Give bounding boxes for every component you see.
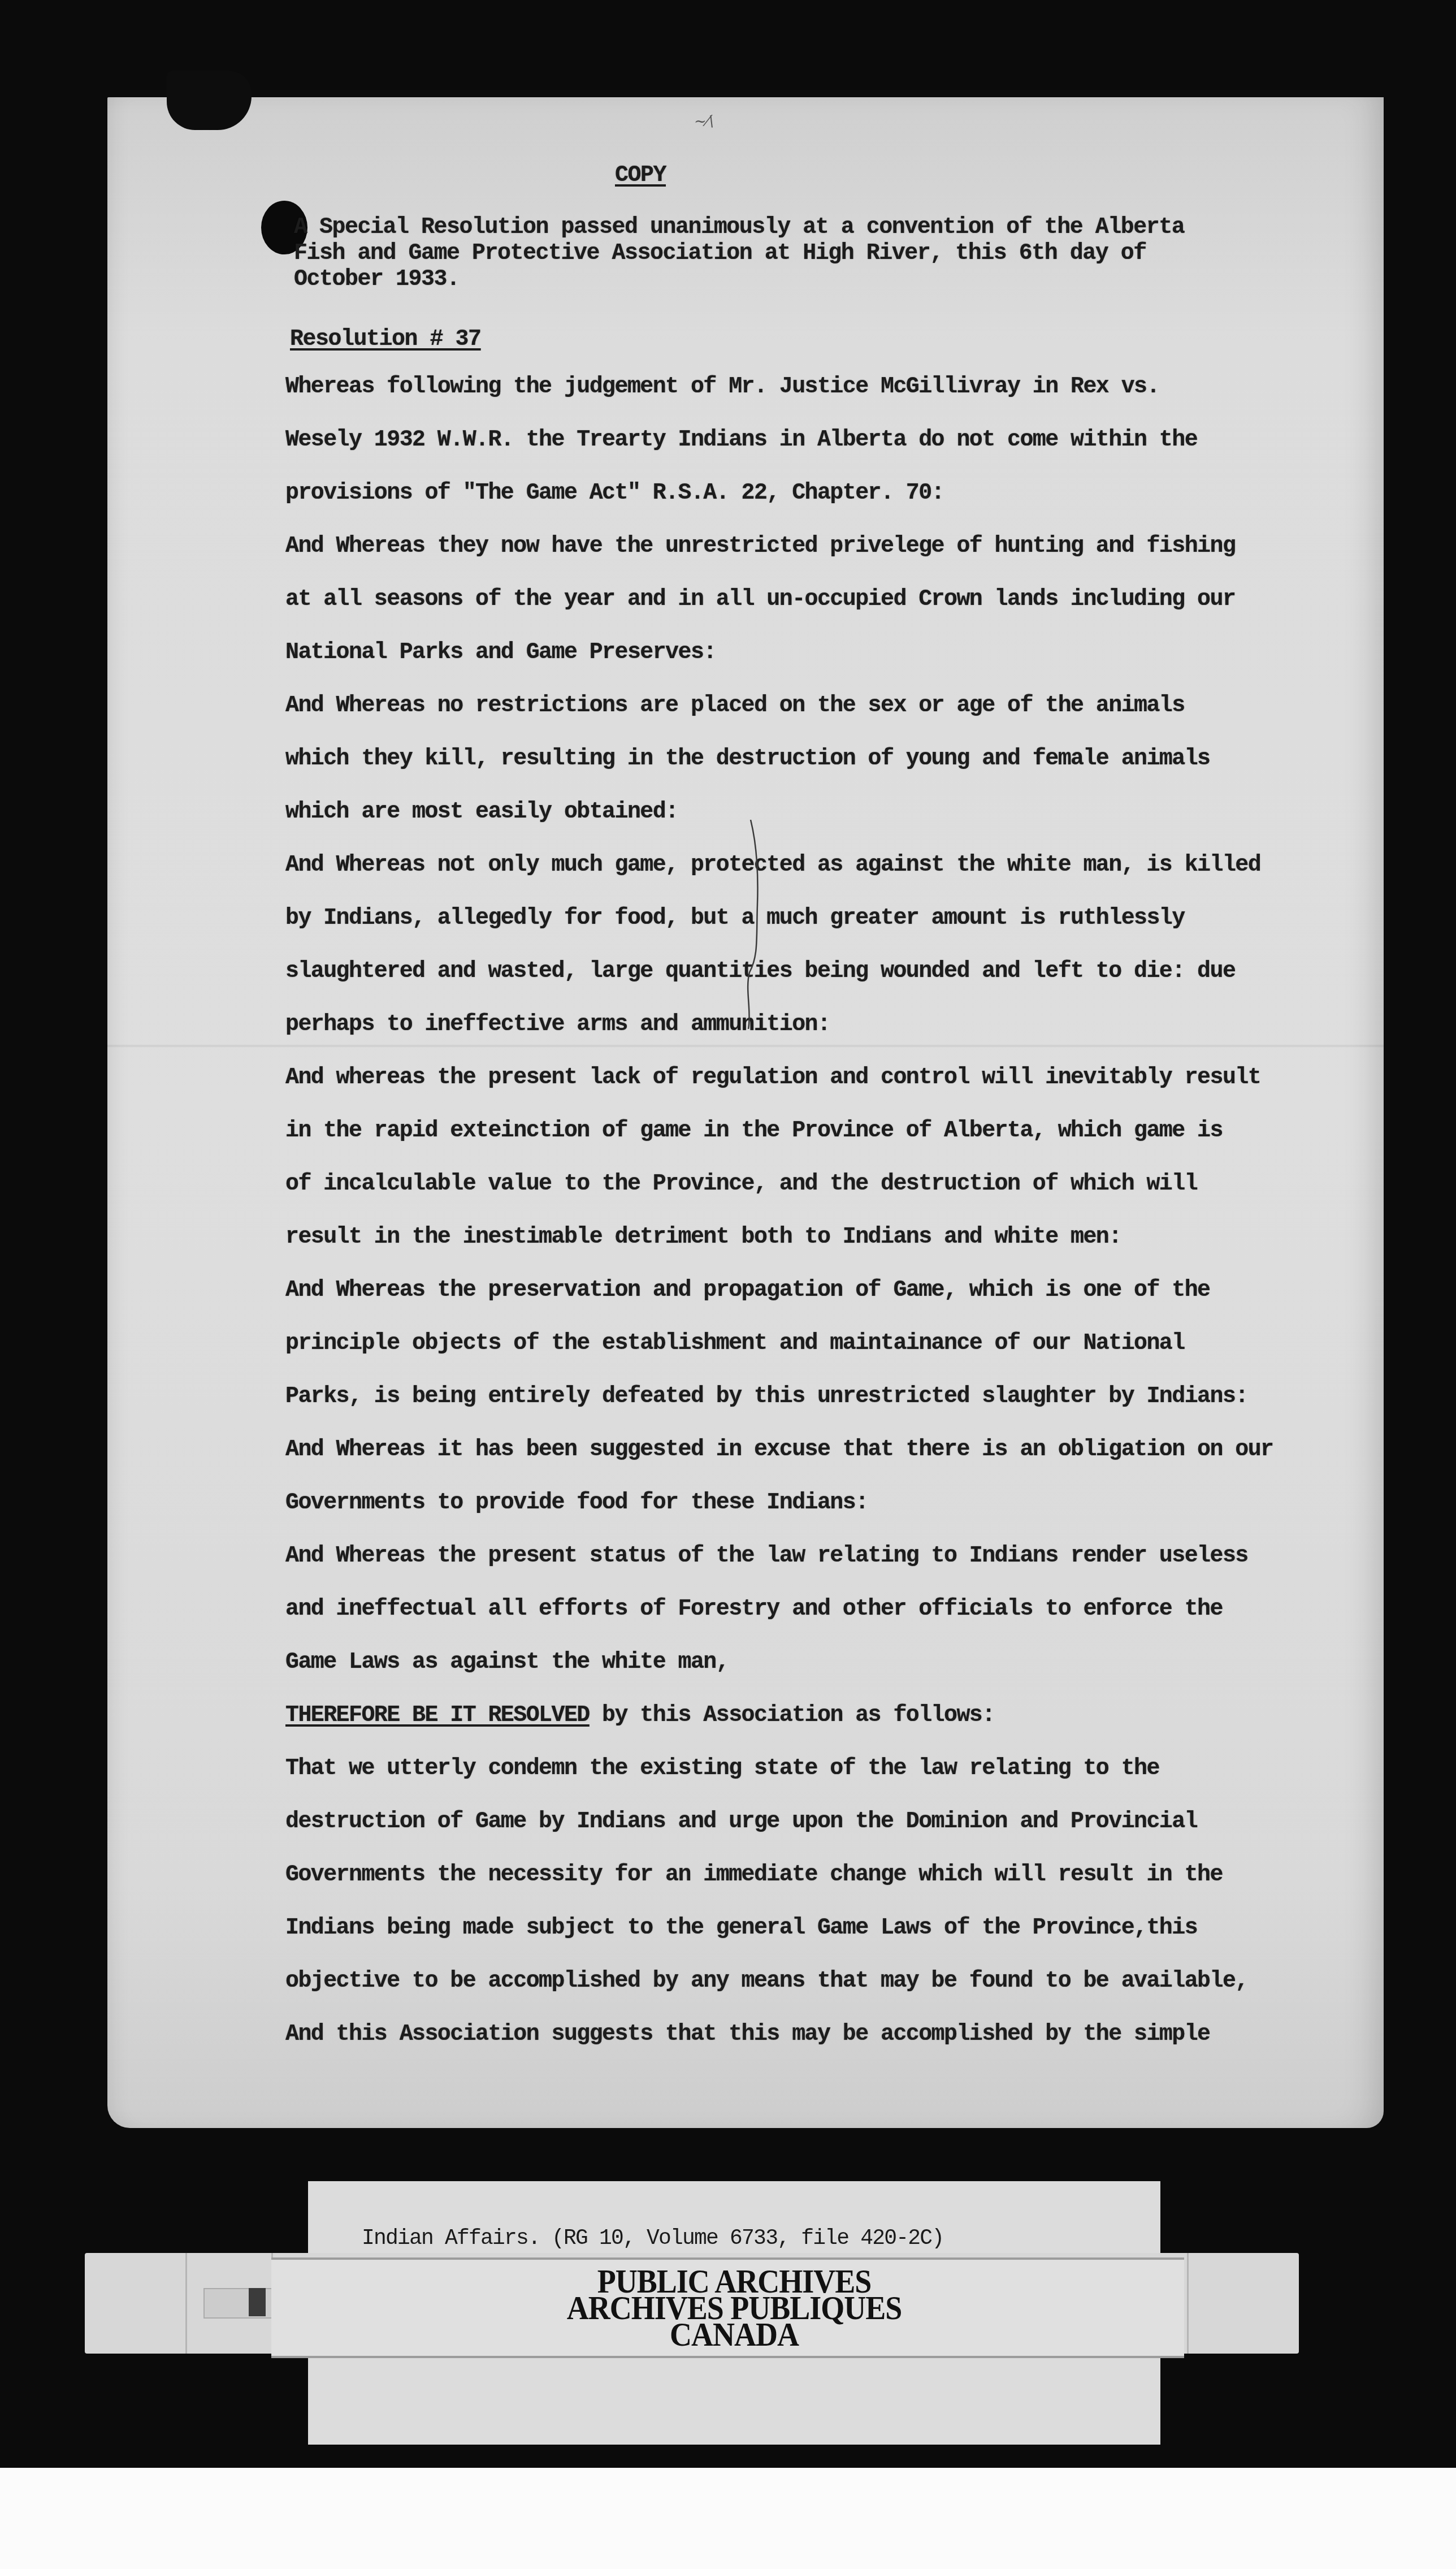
body-line: of incalculable value to the Province, a… [285, 1173, 1273, 1226]
body-line: destruction of Game by Indians and urge … [285, 1811, 1273, 1864]
intro-line: October 1933. [294, 267, 460, 292]
body-line: Whereas following the judgement of Mr. J… [285, 376, 1273, 429]
body-line: And this Association suggests that this … [285, 2023, 1273, 2077]
body-line: at all seasons of the year and in all un… [285, 589, 1273, 642]
body-line: which they kill, resulting in the destru… [285, 748, 1273, 801]
archive-reference: Indian Affairs. (RG 10, Volume 6733, fil… [362, 2226, 943, 2251]
body-line: Indians being made subject to the genera… [285, 1917, 1273, 1970]
body-line: And Whereas no restrictions are placed o… [285, 695, 1273, 748]
body-line: That we utterly condemn the existing sta… [285, 1758, 1273, 1811]
body-line: And Whereas they now have the unrestrict… [285, 535, 1273, 589]
intro-line: A Special Resolution passed unanimously … [294, 215, 1184, 240]
body-line: And Whereas it has been suggested in exc… [285, 1439, 1273, 1492]
body-line: Governments to provide food for these In… [285, 1492, 1273, 1545]
body-line: And Whereas the preservation and propaga… [285, 1279, 1273, 1333]
tape-shadow-left [249, 2288, 266, 2316]
body-line: perhaps to ineffective arms and ammuniti… [285, 1014, 1273, 1067]
body-line: which are most easily obtained: [285, 801, 1273, 854]
resolution-number: Resolution # 37 [290, 327, 481, 352]
body-line: principle objects of the establishment a… [285, 1333, 1273, 1386]
tape-strip-left [203, 2288, 282, 2319]
body-line: result in the inestimable detriment both… [285, 1226, 1273, 1279]
body-line: And Whereas not only much game, protecte… [285, 854, 1273, 907]
intro-paragraph: A Special Resolution passed unanimously … [294, 215, 1184, 293]
body-line: in the rapid exteinction of game in the … [285, 1120, 1273, 1173]
document-heading-copy: COPY [615, 163, 666, 188]
torn-corner-blot [167, 71, 252, 130]
band-divider [1187, 2253, 1189, 2354]
body-line: slaughtered and wasted, large quantities… [285, 961, 1273, 1014]
body-line: Parks, is being entirely defeated by thi… [285, 1386, 1273, 1439]
body-line: And Whereas the present status of the la… [285, 1545, 1273, 1598]
resolved-suffix: by this Association as follows: [590, 1703, 995, 1728]
body-line: Governments the necessity for an immedia… [285, 1864, 1273, 1917]
band-divider [185, 2253, 187, 2354]
archive-country: CANADA [308, 2320, 1160, 2350]
body-line: objective to be accomplished by any mean… [285, 1970, 1273, 2023]
resolved-clause: THEREFORE BE IT RESOLVED [285, 1703, 590, 1728]
body-line: by Indians, allegedly for food, but a mu… [285, 907, 1273, 961]
resolved-line: THEREFORE BE IT RESOLVED by this Associa… [285, 1705, 1273, 1758]
body-line: National Parks and Game Preserves: [285, 642, 1273, 695]
body-line: Game Laws as against the white man, [285, 1651, 1273, 1705]
pencil-annotation: ~⁄\ [694, 113, 734, 130]
body-line: And whereas the present lack of regulati… [285, 1067, 1273, 1120]
body-line: and ineffectual all efforts of Forestry … [285, 1598, 1273, 1651]
resolution-body: Whereas following the judgement of Mr. J… [285, 376, 1273, 2077]
body-line: provisions of "The Game Act" R.S.A. 22, … [285, 482, 1273, 535]
body-line: Wesely 1932 W.W.R. the Trearty Indians i… [285, 429, 1273, 482]
film-frame-edge [0, 2468, 1456, 2569]
intro-line: Fish and Game Protective Association at … [294, 241, 1146, 266]
